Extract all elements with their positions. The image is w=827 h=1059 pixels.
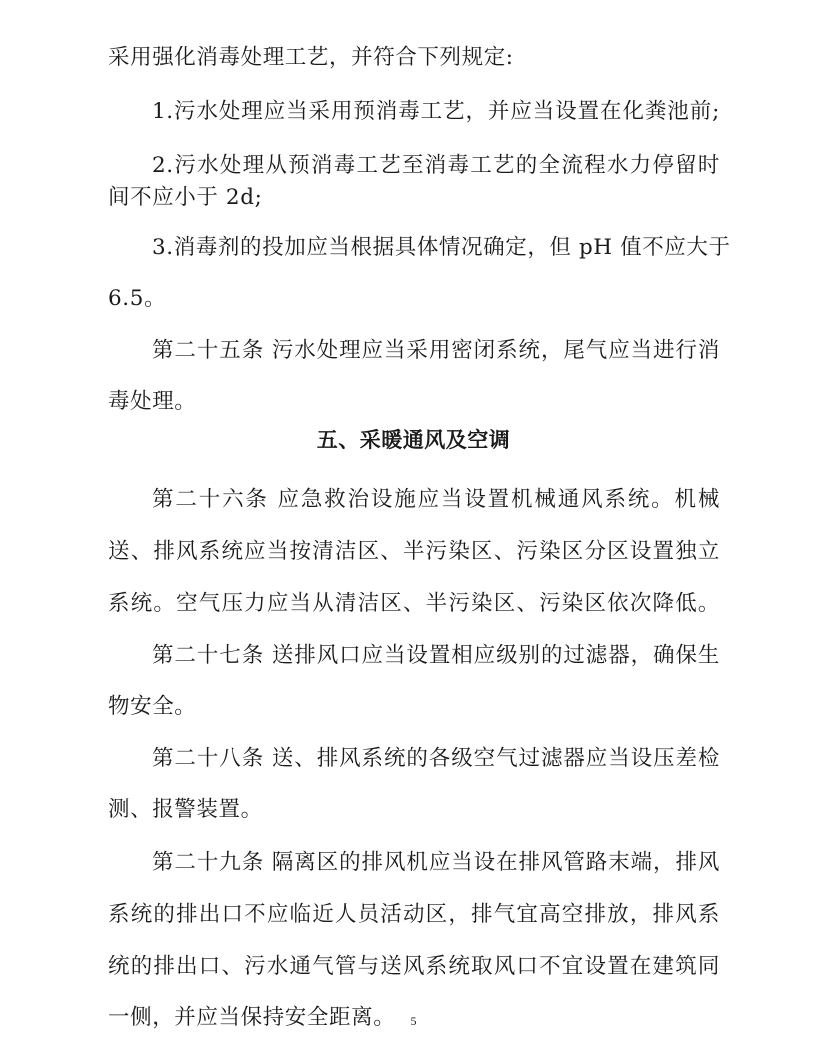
text-line: 第二十八条 送、排风系统的各级空气过滤器应当设压差检 [152,744,720,774]
text-line: 第二十六条 应急救治设施应当设置机械通风系统。机械 [152,485,720,515]
text-line: 间不应小于 2d; [108,183,720,213]
text-line: 统的排出口、污水通气管与送风系统取风口不宜设置在建筑同 [108,952,720,982]
text-line: 毒处理。 [108,387,720,417]
text-line: 系统。空气压力应当从清洁区、半污染区、污染区依次降低。 [108,589,720,619]
text-line: 第二十七条 送排风口应当设置相应级别的过滤器，确保生 [152,641,720,671]
text-line: 系统的排出口不应临近人员活动区，排气宜高空排放，排风系 [108,900,720,930]
text-line: 测、报警装置。 [108,795,720,825]
text-line: 第二十九条 隔离区的排风机应当设在排风管路末端，排风 [152,848,720,878]
section-heading: 五、采暖通风及空调 [0,425,827,455]
text-line: 3.消毒剂的投加应当根据具体情况确定，但 pH 值不应大于 [152,233,720,263]
document-page: 采用强化消毒处理工艺，并符合下列规定: 1.污水处理应当采用预消毒工艺，并应当设… [0,0,827,1059]
text-line: 送、排风系统应当按清洁区、半污染区、污染区分区设置独立 [108,537,720,567]
text-line: 2.污水处理从预消毒工艺至消毒工艺的全流程水力停留时 [152,151,720,181]
text-line: 物安全。 [108,692,720,722]
text-line: 1.污水处理应当采用预消毒工艺，并应当设置在化粪池前; [152,97,720,127]
text-line: 第二十五条 污水处理应当采用密闭系统，尾气应当进行消 [152,336,720,366]
text-line: 采用强化消毒处理工艺，并符合下列规定: [108,43,720,73]
text-line: 6.5。 [108,284,720,314]
page-number: 5 [0,1014,827,1028]
